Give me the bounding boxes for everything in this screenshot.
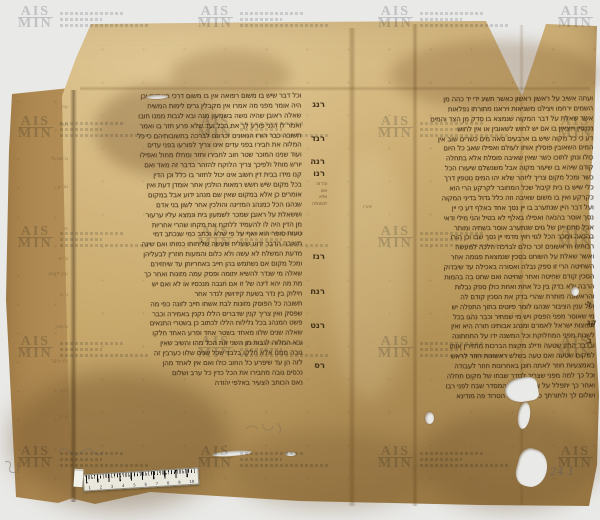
manuscript-scan: וכל דבר שיש בו משום רפואה אין בו משום דר…: [0, 0, 600, 520]
text-line: 9: [178, 479, 181, 484]
parchment-hole: [571, 287, 579, 296]
margin-note: גרסינן: [16, 324, 68, 330]
archive-sticker: [73, 469, 83, 488]
margin-note: הגה: [16, 122, 68, 128]
section-marker: רנג: [301, 100, 325, 110]
edge-fragment: ב: [587, 336, 592, 345]
text-line: לכתחלה: [299, 202, 327, 209]
text-line: 3: [111, 483, 114, 488]
section-marker: רנד: [301, 134, 325, 144]
edge-fragments: ל קנ ב: [587, 0, 600, 520]
margin-note: ס״א: [16, 256, 68, 262]
text-line: 8: [167, 480, 170, 485]
text-line: 1: [88, 485, 91, 490]
edge-fragment: ל: [587, 300, 592, 309]
watermark-text-bar: [60, 12, 124, 16]
margin-note: וכן עיקר: [16, 358, 68, 364]
section-marker: רנז: [301, 252, 325, 262]
parchment-slit: [285, 452, 296, 456]
margin-note: נראה לי: [16, 156, 68, 162]
section-marker: רס: [301, 361, 325, 371]
watermark-text-bar: [240, 12, 304, 16]
watermark-text-bar: [240, 18, 282, 22]
left-text-column: וכל דבר שיש בו משום רפואה אין בו משום דר…: [103, 91, 303, 392]
text-line: 5: [133, 482, 136, 487]
margin-note: פי׳: [16, 226, 68, 232]
text-line: נאם הכותב הצעיר באלפי יהודה: [105, 378, 303, 389]
left-margin-notes: עיין הגה נראה לי וצ״ע פי׳ ס״א עיין לקמן …: [16, 0, 68, 520]
watermark-logo-line: AIS: [198, 6, 233, 17]
section-marker: רנט: [301, 321, 325, 331]
section-marker: רנה: [301, 157, 325, 167]
watermark-text-bar: [420, 12, 484, 16]
edge-fragment: קנ: [587, 318, 597, 327]
margin-note: ע״כ: [16, 414, 68, 420]
text-line: 4: [122, 483, 125, 488]
section-marker: רנו: [301, 169, 325, 179]
text-line: 7: [156, 480, 159, 485]
margin-note: דוק: [16, 388, 68, 394]
margin-note: עיין: [16, 104, 68, 110]
watermark-logo-line: AIS: [378, 6, 413, 17]
section-markers: רנג רנד רנה רנו רנז רנח רנט רס: [301, 0, 325, 520]
text-line: 6: [144, 481, 147, 486]
right-text-column: ועתה אשיב על ראשון ראשון כאשר תשיג ידי י…: [396, 94, 595, 404]
parchment-hole: [425, 412, 434, 424]
gutter-note: יזהרו: [363, 205, 372, 210]
text-line: 2: [99, 484, 102, 489]
margin-note: עיין לקמן: [16, 271, 68, 277]
margin-note: נ״ב: [16, 292, 68, 298]
pencil-shelfmark: 24.1: [550, 465, 575, 479]
text-line: 10: [189, 478, 194, 483]
margin-note: וצ״ע: [16, 184, 68, 190]
text-line: ושלום לך ולתורתך כנפש הכותב הטרוד פה מוד…: [398, 391, 595, 402]
section-marker: רנח: [301, 287, 325, 297]
watermark-text-bar: [420, 18, 462, 22]
marginal-note: וכל זהאינואלאלכתחלה: [299, 182, 327, 208]
